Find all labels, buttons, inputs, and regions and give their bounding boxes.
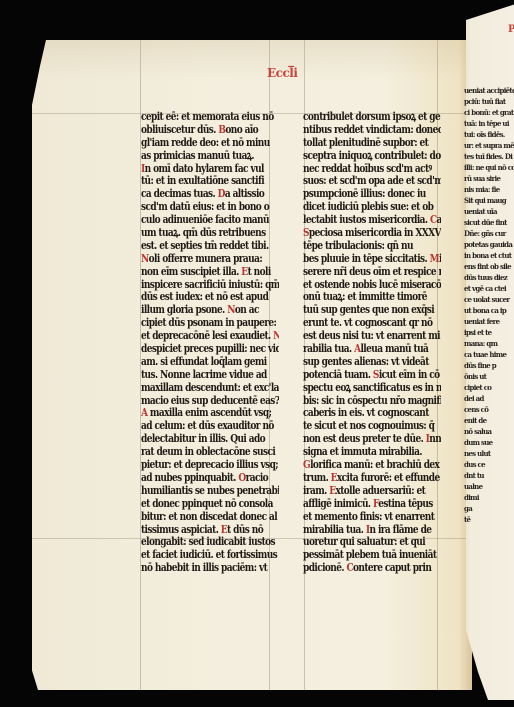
text-line: ca tuae hime <box>464 349 514 360</box>
rubricated-capital: G <box>303 459 310 472</box>
text-line: ce uolat sucer <box>464 294 514 305</box>
text-line: rū sua sirie <box>464 173 514 184</box>
text-line: ueniat accipiētes <box>464 85 514 96</box>
rubricated-capital: S <box>373 369 379 382</box>
text-line: dimi <box>464 492 514 503</box>
text-line: cipiet co <box>464 382 514 393</box>
text-line: ur: et supra mē <box>464 140 514 151</box>
rubricated-capital: C <box>430 214 437 227</box>
text-column-right: contribulet dorsum ipsoꝝ et gentibus red… <box>303 110 441 574</box>
text-line: ut bona ca ip <box>464 305 514 316</box>
running-head: Eccl̅i <box>267 66 297 80</box>
text-line: illi: ne qui nō cos <box>464 162 514 173</box>
text-line: sicut dūe fint <box>464 217 514 228</box>
text-line: ōnis ut <box>464 371 514 382</box>
text-line: ga <box>464 503 514 514</box>
rubricated-capital: E <box>331 472 337 485</box>
text-line: nis mia: fie <box>464 184 514 195</box>
text-line: mana: qm <box>464 338 514 349</box>
text-line: dei ad <box>464 393 514 404</box>
text-line: ci bonū: et gratiā <box>464 107 514 118</box>
text-line: potetas gauida <box>464 239 514 250</box>
rubricated-capital: M <box>430 253 439 266</box>
rubricated-capital: F <box>373 498 378 511</box>
text-line: nō habebit in illis paciēm: vt <box>141 561 279 574</box>
text-line: nō salua <box>464 426 514 437</box>
rubricated-capital: O <box>238 472 245 485</box>
facing-page-text: ueniat accipiētespciū: tuū fiatci bonū: … <box>464 85 514 525</box>
text-line: et vgē ca ctei <box>464 283 514 294</box>
text-line: tuā: in tēpe ui <box>464 118 514 129</box>
text-line: ualne <box>464 481 514 492</box>
text-line: in bona et ctut <box>464 250 514 261</box>
text-line: ens fint ob sile <box>464 261 514 272</box>
text-line: dus ce <box>464 459 514 470</box>
text-line: ueniat fere <box>464 316 514 327</box>
text-line: nes ulut <box>464 448 514 459</box>
text-column-left: cepit eē: et memorata eius nōobliuiscetu… <box>141 110 279 574</box>
text-line: enit de <box>464 415 514 426</box>
text-line: tui: oīs fidēs. <box>464 129 514 140</box>
rubricated-capital: E <box>241 266 247 279</box>
facing-page-running-head: P <box>508 24 514 35</box>
text-line: pciū: tuū fiat <box>464 96 514 107</box>
text-line: dnt tu <box>464 470 514 481</box>
text-line: ipsi et te <box>464 327 514 338</box>
text-line: tes tuī fides. Di <box>464 151 514 162</box>
rubricated-capital: B <box>218 124 225 137</box>
text-line: ueniat uīa <box>464 206 514 217</box>
rubricated-capital: N <box>141 253 149 266</box>
rubricated-capital: E <box>329 485 335 498</box>
text-line: pdicionē. Contere caput prin <box>303 561 441 574</box>
text-line: dūs tuus diez <box>464 272 514 283</box>
text-line: Sit qui maug <box>464 195 514 206</box>
rubricated-capital: S <box>303 227 309 240</box>
rubricated-capital: A <box>354 343 360 356</box>
text-line: Dñe: gñs cur <box>464 228 514 239</box>
text-line: cens cō <box>464 404 514 415</box>
rubricated-capital: C <box>346 562 353 574</box>
text-line: dum sue <box>464 437 514 448</box>
text-line: tē <box>464 514 514 525</box>
text-line: dūs fine p <box>464 360 514 371</box>
